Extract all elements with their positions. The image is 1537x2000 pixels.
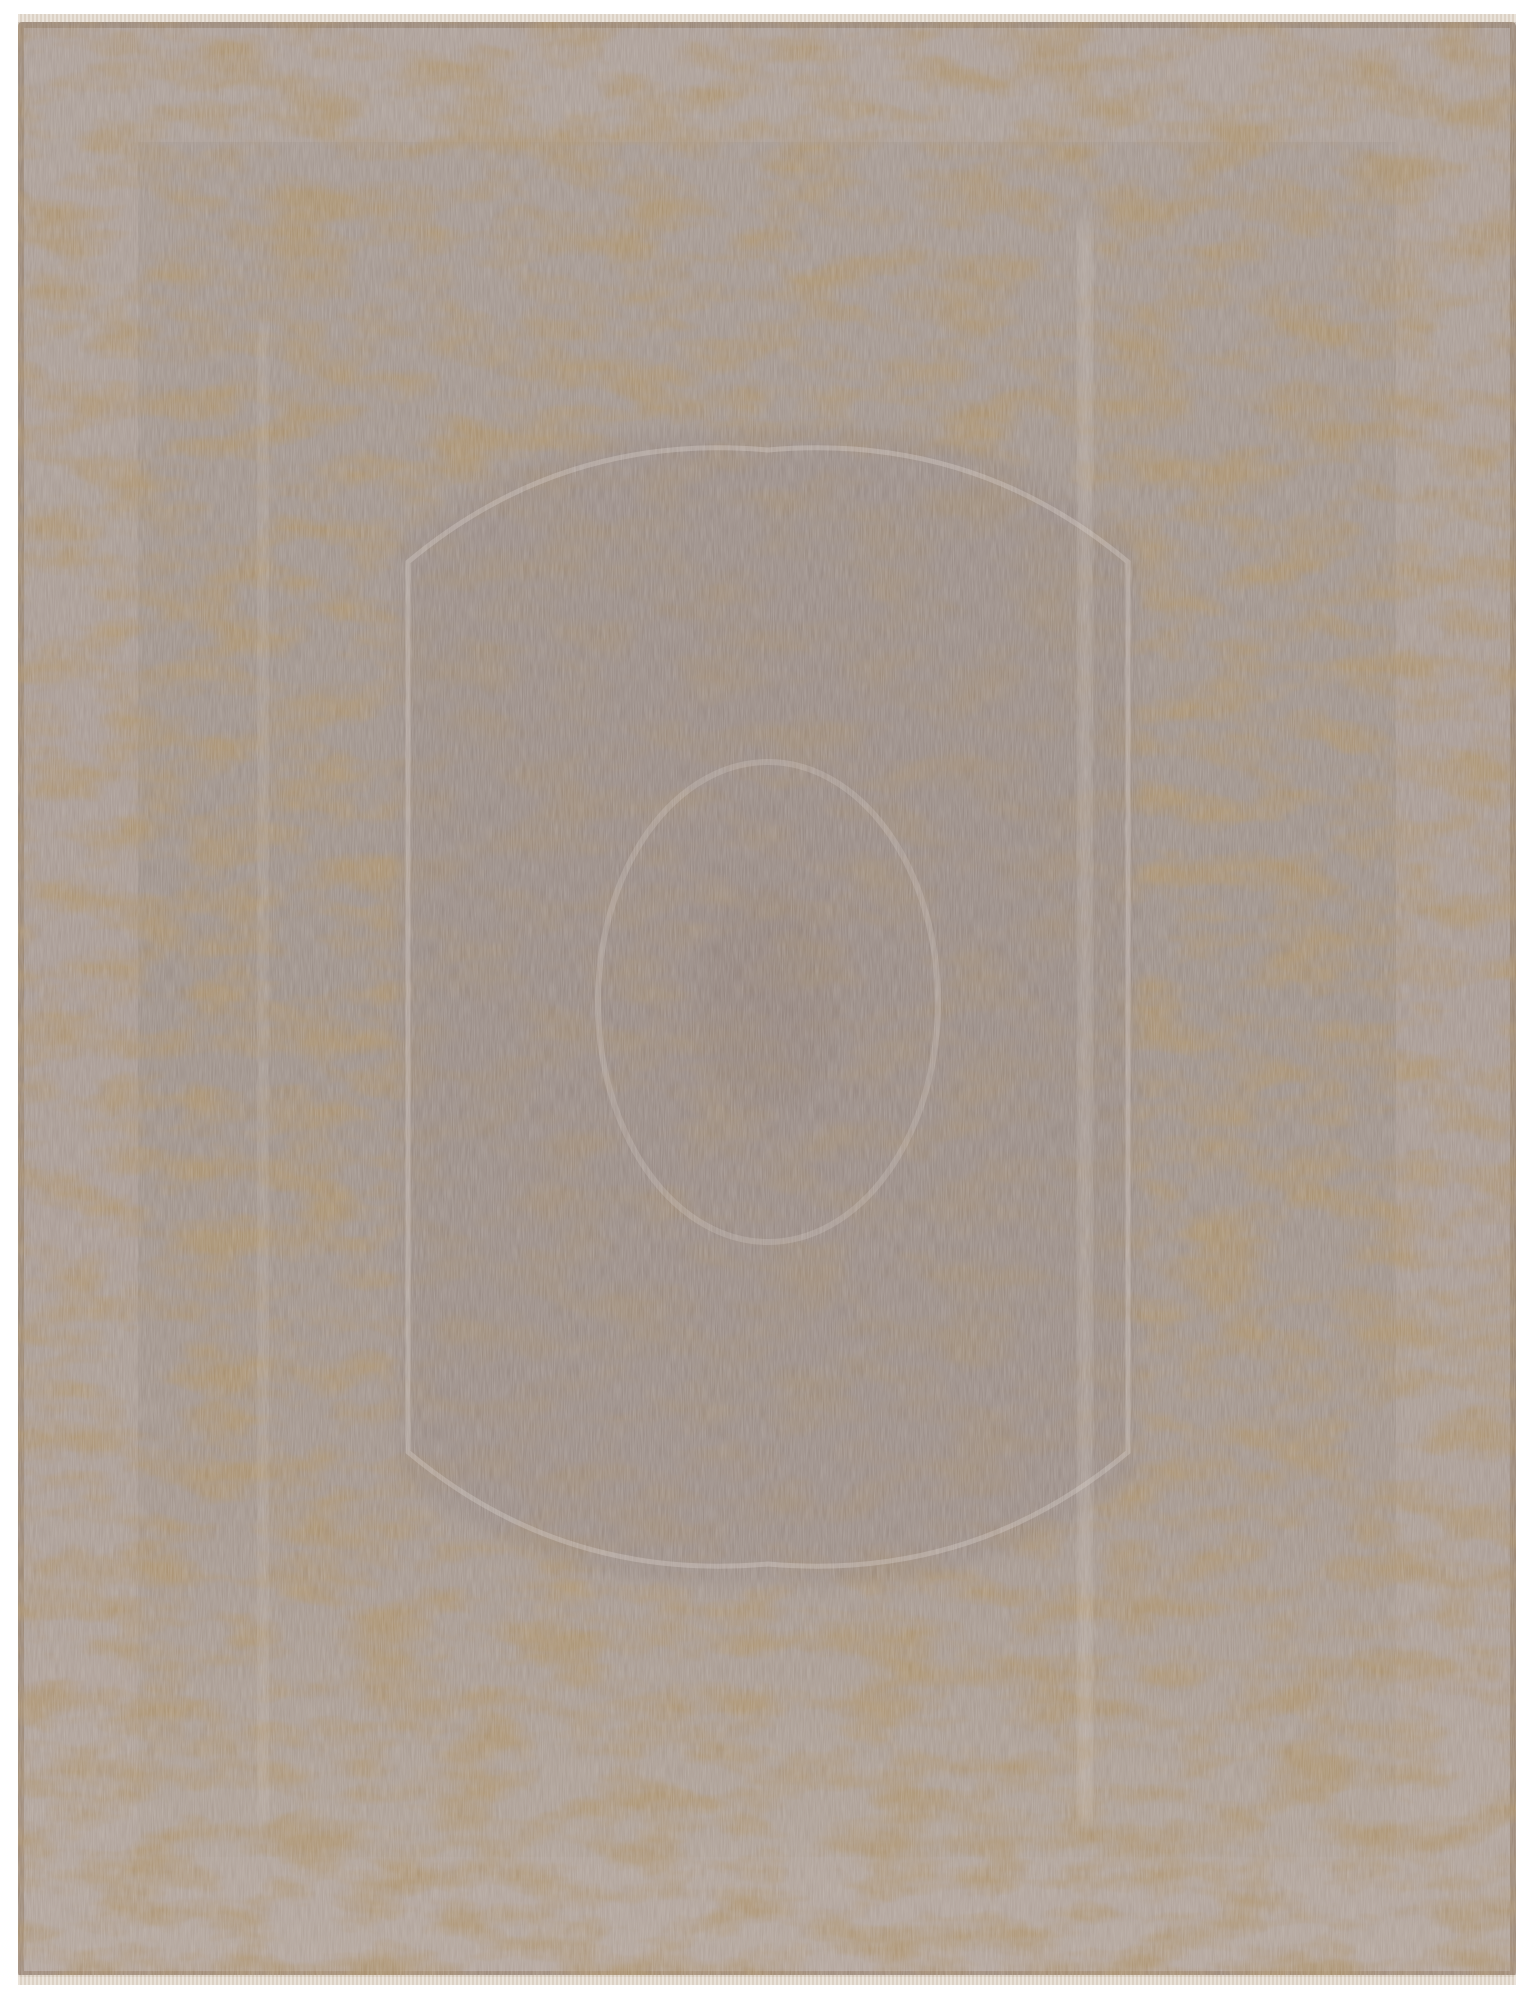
rug-texture bbox=[18, 22, 1516, 1977]
rug bbox=[18, 22, 1516, 1977]
rug-fringe-bottom bbox=[18, 1975, 1516, 1985]
photo-canvas bbox=[0, 0, 1537, 2000]
